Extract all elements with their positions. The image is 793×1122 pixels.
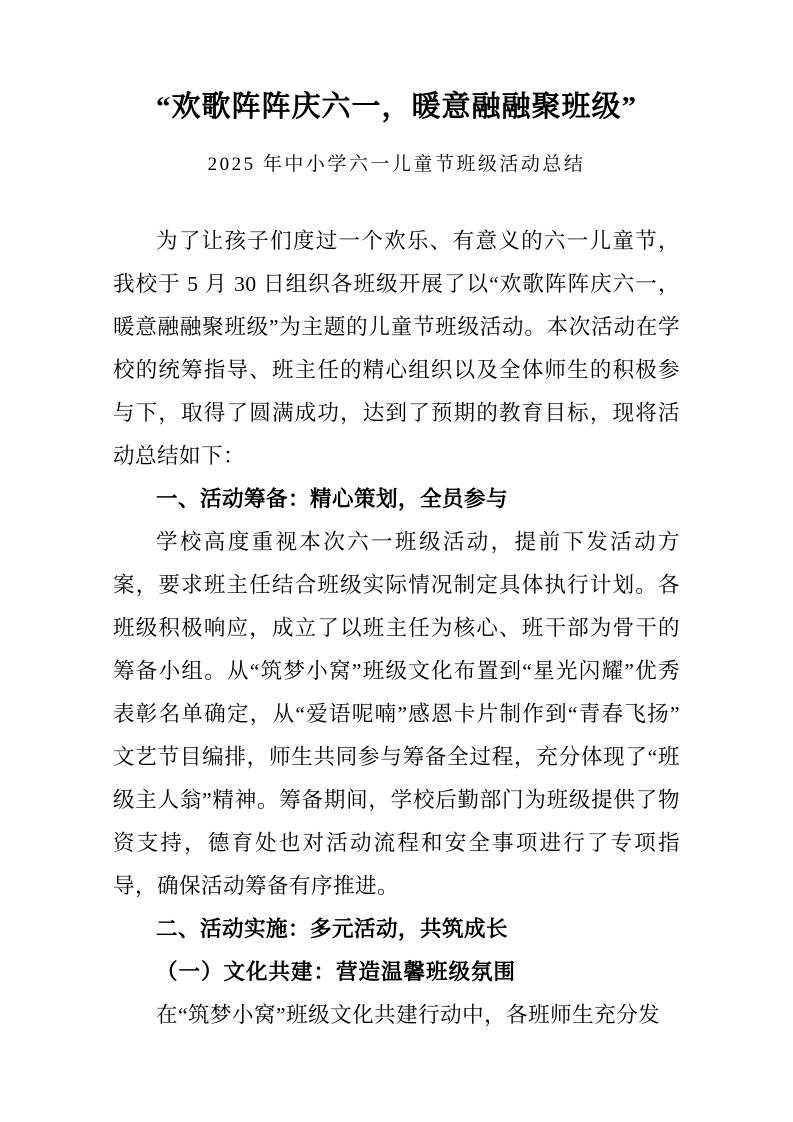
paragraph-section-2-subsection-1: 在“筑梦小窝”班级文化共建行动中，各班师生充分发	[113, 994, 680, 1037]
section-2-heading: 二、活动实施：多元活动，共筑成长	[113, 908, 680, 951]
paragraph-intro: 为了让孩子们度过一个欢乐、有意义的六一儿童节，我校于 5 月 30 日组织各班级…	[113, 220, 680, 478]
document-subtitle: 2025 年中小学六一儿童节班级活动总结	[113, 152, 680, 178]
document-title: “欢歌阵阵庆六一，暖意融融聚班级”	[113, 86, 680, 128]
paragraph-section-1: 学校高度重视本次六一班级活动，提前下发活动方案，要求班主任结合班级实际情况制定具…	[113, 521, 680, 908]
section-1-heading: 一、活动筹备：精心策划，全员参与	[113, 478, 680, 521]
section-2-subsection-1-heading: （一）文化共建：营造温馨班级氛围	[113, 951, 680, 994]
document-page: “欢歌阵阵庆六一，暖意融融聚班级” 2025 年中小学六一儿童节班级活动总结 为…	[0, 0, 793, 1122]
